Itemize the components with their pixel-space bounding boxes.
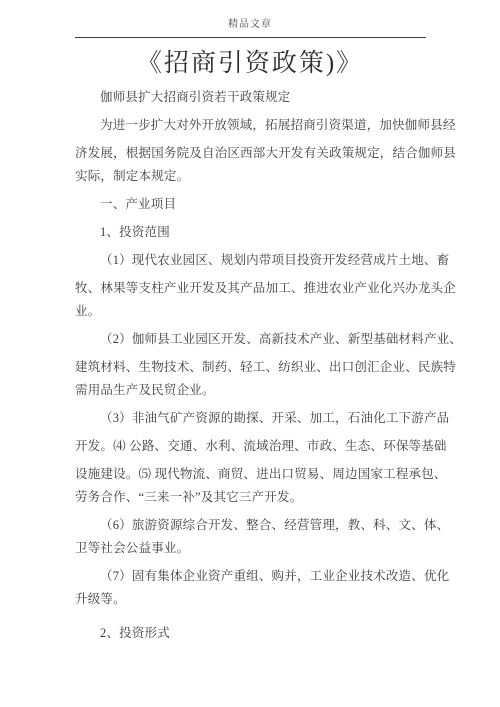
text-line: （1）现代农业园区、规划内带项目投资开发经营成片土地、畜 xyxy=(75,252,500,269)
page-title: 《招商引资政策)》 xyxy=(0,47,500,81)
text-line: 济发展，根据国务院及自治区西部大开发有关政策规定，结合伽师县 xyxy=(75,145,500,162)
text-line: （6）旅游资源综合开发、整合、经营管理，教、科、文、体、 xyxy=(75,517,500,534)
text-line: 牧、林果等支柱产业开发及其产品加工、推进农业产业化兴办龙头企 xyxy=(75,280,500,297)
text-line: （3）非油气矿产资源的勘探、开采、加工，石油化工下游产品 xyxy=(75,410,500,427)
text-line: 设施建设。⑸ 现代物流、商贸、进出口贸易、周边国家工程承包、 xyxy=(75,466,500,483)
text-line: 伽师县扩大招商引资若干政策规定 xyxy=(75,89,500,106)
header-note: 精品文章 xyxy=(0,0,500,33)
text-line: （7）固有集体企业资产重组、购并，工业企业技术改造、优化 xyxy=(75,568,500,585)
text-line: 建筑材料、生物技术、制药、轻工、纺织业、出口创汇企业、民族特 xyxy=(75,359,500,376)
text-line: （2）伽师县工业园区开发、高新技术产业、新型基础材料产业、 xyxy=(75,331,500,348)
text-line: 需用品生产及民贸企业。 xyxy=(75,382,500,399)
document-page: 精品文章 《招商引资政策)》 伽师县扩大招商引资若干政策规定 为进一步扩大对外开… xyxy=(0,0,500,707)
header-divider-line xyxy=(75,37,426,38)
text-line: 为进一步扩大对外开放领域，拓展招商引资渠道，加快伽师县经 xyxy=(75,117,500,134)
text-line: 劳务合作、“三来一补”及其它三产开发。 xyxy=(75,489,500,506)
text-line: 升级等。 xyxy=(75,591,500,608)
text-line: 开发。⑷ 公路、交通、水利、流域治理、市政、生态、环保等基础 xyxy=(75,438,500,455)
text-line: 业。 xyxy=(75,303,500,320)
text-line: 一、产业项目 xyxy=(75,196,500,213)
text-line: 实际，制定本规定。 xyxy=(75,168,500,185)
text-line: 1、投资范围 xyxy=(75,224,500,241)
text-line: 卫等社会公益事业。 xyxy=(75,540,500,557)
document-body: 伽师县扩大招商引资若干政策规定 为进一步扩大对外开放领域，拓展招商引资渠道，加快… xyxy=(0,89,500,642)
text-line: 2、投资形式 xyxy=(75,625,500,642)
